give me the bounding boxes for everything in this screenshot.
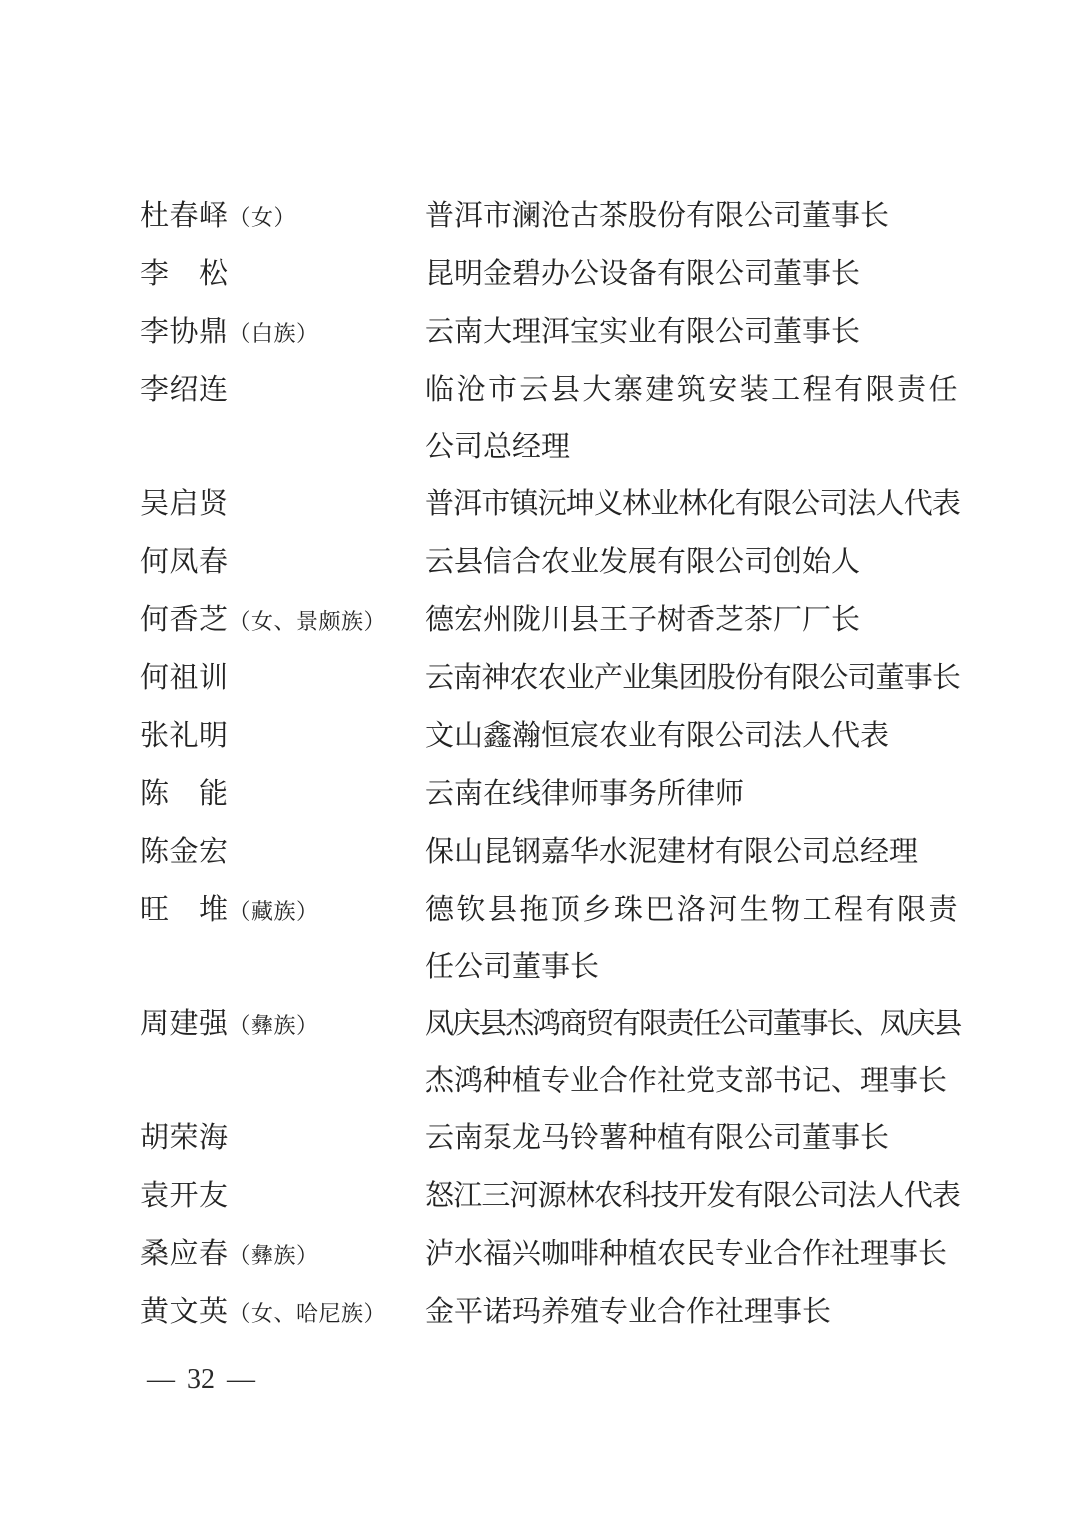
person-name: 何香芝 <box>140 604 229 636</box>
position-line: 普洱市镇沅坤义林业林化有限公司法人代表 <box>425 476 960 533</box>
person-name-cell: 何凤春 <box>140 534 425 592</box>
position-line: 普洱市澜沧古茶股份有限公司董事长 <box>425 188 960 245</box>
person-name-cell: 李协鼎（白族） <box>140 304 425 362</box>
position-line: 德宏州陇川县王子树香芝茶厂厂长 <box>425 592 960 649</box>
person-name: 李 松 <box>140 258 229 290</box>
position-line: 泸水福兴咖啡种植农民专业合作社理事长 <box>425 1226 960 1283</box>
page-number: 32 <box>187 1364 215 1395</box>
honoree-entry: 袁开友 怒江三河源林农科技开发有限公司法人代表 <box>140 1168 965 1226</box>
honoree-entry: 李绍连 临沧市云县大寨建筑安装工程有限责任公司总经理 <box>140 362 965 476</box>
person-name: 袁开友 <box>140 1180 229 1212</box>
honoree-entry: 李 松 昆明金碧办公设备有限公司董事长 <box>140 246 965 304</box>
person-position-cell: 德宏州陇川县王子树香芝茶厂厂长 <box>425 592 960 649</box>
honoree-list: 杜春峄（女） 普洱市澜沧古茶股份有限公司董事长 李 松 昆明金碧办公设备有限公司… <box>140 188 965 1342</box>
person-name-cell: 胡荣海 <box>140 1110 425 1168</box>
honoree-entry: 杜春峄（女） 普洱市澜沧古茶股份有限公司董事长 <box>140 188 965 246</box>
person-position-cell: 普洱市镇沅坤义林业林化有限公司法人代表 <box>425 476 960 533</box>
position-line: 保山昆钢嘉华水泥建材有限公司总经理 <box>425 824 960 881</box>
person-position-cell: 凤庆县杰鸿商贸有限责任公司董事长、凤庆县杰鸿种植专业合作社党支部书记、理事长 <box>425 996 960 1110</box>
gender-ethnicity-annotation: （女、景颇族） <box>229 609 387 634</box>
gender-ethnicity-annotation: （白族） <box>229 321 319 346</box>
gender-ethnicity-annotation: （女） <box>229 205 297 230</box>
person-name: 陈 能 <box>140 778 229 810</box>
person-position-cell: 临沧市云县大寨建筑安装工程有限责任公司总经理 <box>425 362 960 476</box>
person-name-cell: 何香芝（女、景颇族） <box>140 592 425 650</box>
honoree-entry: 桑应春（彝族） 泸水福兴咖啡种植农民专业合作社理事长 <box>140 1226 965 1284</box>
position-line: 云县信合农业发展有限公司创始人 <box>425 534 960 591</box>
person-name-cell: 张礼明 <box>140 708 425 766</box>
person-name: 胡荣海 <box>140 1122 229 1154</box>
person-position-cell: 文山鑫瀚恒宸农业有限公司法人代表 <box>425 708 960 765</box>
gender-ethnicity-annotation: （彝族） <box>229 1013 319 1038</box>
person-name-cell: 吴启贤 <box>140 476 425 534</box>
position-line: 任公司董事长 <box>425 939 960 996</box>
position-line: 昆明金碧办公设备有限公司董事长 <box>425 246 960 303</box>
person-name: 杜春峄 <box>140 200 229 232</box>
person-name: 陈金宏 <box>140 836 229 868</box>
person-position-cell: 云南大理洱宝实业有限公司董事长 <box>425 304 960 361</box>
document-page: 杜春峄（女） 普洱市澜沧古茶股份有限公司董事长 李 松 昆明金碧办公设备有限公司… <box>0 0 1080 1528</box>
person-name-cell: 李 松 <box>140 246 425 304</box>
position-line: 文山鑫瀚恒宸农业有限公司法人代表 <box>425 708 960 765</box>
person-position-cell: 云南泵龙马铃薯种植有限公司董事长 <box>425 1110 960 1167</box>
position-line: 凤庆县杰鸿商贸有限责任公司董事长、凤庆县 <box>425 996 960 1053</box>
position-line: 杰鸿种植专业合作社党支部书记、理事长 <box>425 1053 960 1110</box>
person-position-cell: 云南神农农业产业集团股份有限公司董事长 <box>425 650 960 707</box>
footer-right-dash: — <box>227 1364 255 1395</box>
position-line: 德钦县拖顶乡珠巴洛河生物工程有限责 <box>425 882 960 939</box>
person-name-cell: 旺 堆（藏族） <box>140 882 425 940</box>
position-line: 金平诺玛养殖专业合作社理事长 <box>425 1284 960 1341</box>
person-position-cell: 怒江三河源林农科技开发有限公司法人代表 <box>425 1168 960 1225</box>
person-name-cell: 陈 能 <box>140 766 425 824</box>
page-footer: —32— <box>147 1363 255 1397</box>
person-name-cell: 袁开友 <box>140 1168 425 1226</box>
honoree-entry: 黄文英（女、哈尼族） 金平诺玛养殖专业合作社理事长 <box>140 1284 965 1342</box>
position-line: 云南神农农业产业集团股份有限公司董事长 <box>425 650 960 707</box>
honoree-entry: 吴启贤 普洱市镇沅坤义林业林化有限公司法人代表 <box>140 476 965 534</box>
gender-ethnicity-annotation: （藏族） <box>229 899 319 924</box>
person-name: 旺 堆 <box>140 894 229 926</box>
gender-ethnicity-annotation: （女、哈尼族） <box>229 1301 387 1326</box>
person-position-cell: 云南在线律师事务所律师 <box>425 766 960 823</box>
position-line: 怒江三河源林农科技开发有限公司法人代表 <box>425 1168 960 1225</box>
honoree-entry: 李协鼎（白族） 云南大理洱宝实业有限公司董事长 <box>140 304 965 362</box>
position-line: 云南在线律师事务所律师 <box>425 766 960 823</box>
person-position-cell: 德钦县拖顶乡珠巴洛河生物工程有限责任公司董事长 <box>425 882 960 996</box>
footer-left-dash: — <box>147 1364 175 1395</box>
person-position-cell: 昆明金碧办公设备有限公司董事长 <box>425 246 960 303</box>
person-position-cell: 保山昆钢嘉华水泥建材有限公司总经理 <box>425 824 960 881</box>
person-position-cell: 泸水福兴咖啡种植农民专业合作社理事长 <box>425 1226 960 1283</box>
person-name-cell: 何祖训 <box>140 650 425 708</box>
position-line: 公司总经理 <box>425 419 960 476</box>
honoree-entry: 胡荣海 云南泵龙马铃薯种植有限公司董事长 <box>140 1110 965 1168</box>
honoree-entry: 周建强（彝族） 凤庆县杰鸿商贸有限责任公司董事长、凤庆县杰鸿种植专业合作社党支部… <box>140 996 965 1110</box>
person-name: 黄文英 <box>140 1296 229 1328</box>
person-name: 吴启贤 <box>140 488 229 520</box>
person-position-cell: 金平诺玛养殖专业合作社理事长 <box>425 1284 960 1341</box>
person-name-cell: 李绍连 <box>140 362 425 420</box>
person-name-cell: 陈金宏 <box>140 824 425 882</box>
person-name-cell: 周建强（彝族） <box>140 996 425 1054</box>
person-name-cell: 杜春峄（女） <box>140 188 425 246</box>
person-name: 何凤春 <box>140 546 229 578</box>
person-name: 张礼明 <box>140 720 229 752</box>
person-name: 周建强 <box>140 1008 229 1040</box>
honoree-entry: 何凤春 云县信合农业发展有限公司创始人 <box>140 534 965 592</box>
position-line: 临沧市云县大寨建筑安装工程有限责任 <box>425 362 960 419</box>
honoree-entry: 张礼明 文山鑫瀚恒宸农业有限公司法人代表 <box>140 708 965 766</box>
gender-ethnicity-annotation: （彝族） <box>229 1243 319 1268</box>
person-name-cell: 黄文英（女、哈尼族） <box>140 1284 425 1342</box>
person-name: 桑应春 <box>140 1238 229 1270</box>
honoree-entry: 何香芝（女、景颇族） 德宏州陇川县王子树香芝茶厂厂长 <box>140 592 965 650</box>
person-position-cell: 普洱市澜沧古茶股份有限公司董事长 <box>425 188 960 245</box>
honoree-entry: 陈 能 云南在线律师事务所律师 <box>140 766 965 824</box>
person-name: 何祖训 <box>140 662 229 694</box>
honoree-entry: 陈金宏 保山昆钢嘉华水泥建材有限公司总经理 <box>140 824 965 882</box>
person-name: 李协鼎 <box>140 316 229 348</box>
honoree-entry: 何祖训 云南神农农业产业集团股份有限公司董事长 <box>140 650 965 708</box>
person-name-cell: 桑应春（彝族） <box>140 1226 425 1284</box>
honoree-entry: 旺 堆（藏族） 德钦县拖顶乡珠巴洛河生物工程有限责任公司董事长 <box>140 882 965 996</box>
person-position-cell: 云县信合农业发展有限公司创始人 <box>425 534 960 591</box>
position-line: 云南泵龙马铃薯种植有限公司董事长 <box>425 1110 960 1167</box>
position-line: 云南大理洱宝实业有限公司董事长 <box>425 304 960 361</box>
person-name: 李绍连 <box>140 374 229 406</box>
